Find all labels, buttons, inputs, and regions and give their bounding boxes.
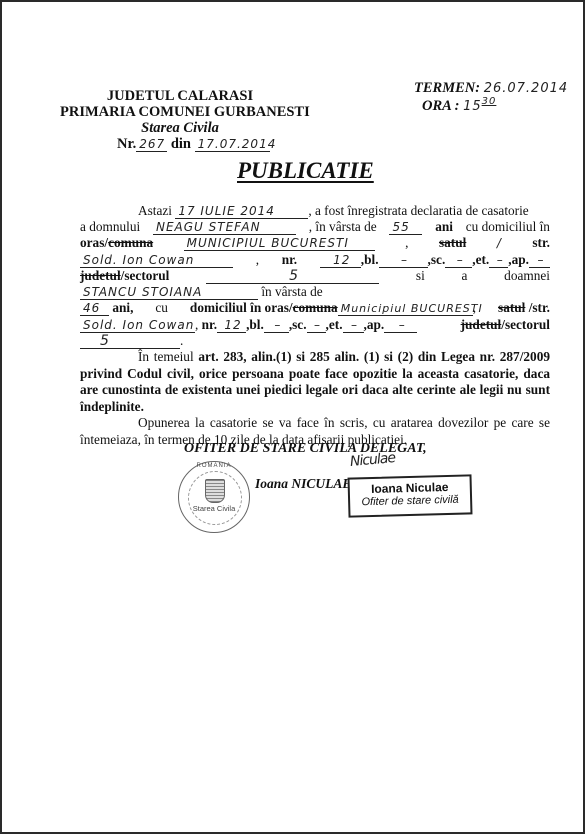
- body-line-1: Astazi 17 IULIE 2014, a fost înregistrat…: [80, 203, 550, 219]
- body-line-7: 46 ani, cu domiciliul în oras/comunaMuni…: [80, 300, 550, 316]
- groom-ap: –: [529, 254, 550, 268]
- stamp-officer-role: Ofiter de stare civilă: [350, 493, 470, 508]
- varsta-label: , în vârsta de: [309, 219, 377, 235]
- body-line-9: 5.: [80, 333, 550, 349]
- bride-age-group: 46 ani,: [80, 300, 133, 316]
- bride-name: STANCU STOIANA: [80, 286, 258, 300]
- body-line-2: a domnului NEAGU STEFAN , în vârsta de 5…: [80, 219, 550, 235]
- din-value: 17.07.2014: [195, 138, 270, 152]
- doamnei-label: doamnei: [504, 268, 550, 284]
- bride-judetul-sectorul-label: judetul/sectorul: [461, 317, 550, 333]
- a-label: a: [462, 268, 468, 284]
- satul-label: satul: [439, 235, 466, 251]
- ora-hour: 15: [463, 99, 482, 114]
- ora-minutes: 30: [482, 96, 497, 107]
- comma: ,: [256, 252, 259, 268]
- groom-name: NEAGU STEFAN: [153, 221, 296, 235]
- termen-label: TERMEN:: [414, 80, 480, 96]
- ora-row: ORA : 1530: [422, 96, 496, 115]
- document-title: PUBLICATIE: [237, 158, 374, 184]
- slash: /: [497, 235, 502, 251]
- registration-date: 17 IULIE 2014: [175, 205, 308, 219]
- groom-et: –: [489, 254, 508, 268]
- legal-paragraph: În temeiul art. 283, alin.(1) si 285 ali…: [80, 349, 550, 415]
- comma: ,: [405, 235, 408, 251]
- groom-address-details: 12,bl.–,sc.–,et.–,ap.–: [320, 252, 550, 268]
- cu-label: cu: [155, 300, 168, 316]
- bride-ap: –: [384, 319, 417, 333]
- groom-bl: –: [379, 254, 428, 268]
- bride-age: 46: [80, 302, 109, 316]
- ani-label: ani: [435, 219, 453, 235]
- bride-sector: 5: [80, 335, 180, 349]
- domiciliu-label: cu domiciliul în: [466, 219, 550, 235]
- din-label: din: [171, 136, 191, 152]
- officer-name-stamp: Ioana Niculae Ofiter de stare civilă: [347, 474, 472, 517]
- si-label: si: [416, 268, 425, 284]
- bride-satul-str: satul /str.: [498, 300, 550, 316]
- groom-sector: 5: [206, 270, 379, 284]
- nr-value: 267: [136, 138, 167, 152]
- body-line-3: oras/comuna MUNICIPIUL BUCURESTI , satul…: [80, 235, 550, 251]
- groom-street: Sold. Ion Cowan: [80, 254, 233, 268]
- groom-locality: MUNICIPIUL BUCURESTI: [184, 237, 375, 251]
- bride-et: –: [343, 319, 364, 333]
- authority-heading: PRIMARIA COMUNEI GURBANESTI: [60, 104, 300, 121]
- termen-value: 26.07.2014: [484, 81, 568, 96]
- department-heading: Starea Civila: [60, 120, 300, 137]
- coat-of-arms-icon: [205, 479, 225, 503]
- oras-comuna-label: oras/comuna: [80, 235, 153, 251]
- str-label: str.: [532, 235, 550, 251]
- bride-bl: –: [264, 319, 289, 333]
- groom-sc: –: [445, 254, 472, 268]
- bride-sc: –: [307, 319, 326, 333]
- bride-address-details: Sold. Ion Cowan, nr.12,bl.–,sc.–,et.–,ap…: [80, 317, 417, 333]
- body-line-4: Sold. Ion Cowan , nr. 12,bl.–,sc.–,et.–,…: [80, 252, 550, 268]
- body-line-5: judetul/sectorul 5 si a doamnei: [80, 268, 550, 284]
- bride-nr: 12: [217, 319, 246, 333]
- county-heading: JUDETUL CALARASI: [60, 88, 300, 105]
- bride-locality-group: domiciliul în oras/comunaMunicipiul BUCU…: [190, 300, 476, 316]
- line1-suffix: , a fost înregistrata declaratia de casa…: [308, 203, 528, 218]
- groom-age: 55: [389, 221, 422, 235]
- domnului-label: a domnului: [80, 219, 140, 235]
- termen-row: TERMEN: 26.07.2014: [414, 80, 568, 97]
- ora-label: ORA :: [422, 98, 459, 114]
- official-stamp: ROMANIA Starea Civila: [178, 461, 250, 533]
- officer-name: Ioana NICULAE: [255, 476, 351, 492]
- nr-label: Nr.: [117, 136, 136, 152]
- body-line-6: STANCU STOIANA în vârsta de: [80, 284, 550, 300]
- nr-label: nr.: [282, 252, 297, 268]
- bride-locality: Municipiul BUCURESTI: [338, 302, 473, 316]
- groom-nr: 12: [320, 254, 361, 268]
- bride-varsta-label: în vârsta de: [261, 284, 322, 299]
- astazi-label: Astazi: [80, 203, 172, 218]
- judetul-sectorul-label: judetul/sectorul: [80, 268, 169, 284]
- registration-number: Nr.267 din 17.07.2014: [117, 136, 270, 153]
- bride-street: Sold. Ion Cowan: [80, 319, 195, 333]
- body-line-8: Sold. Ion Cowan, nr.12,bl.–,sc.–,et.–,ap…: [80, 317, 550, 333]
